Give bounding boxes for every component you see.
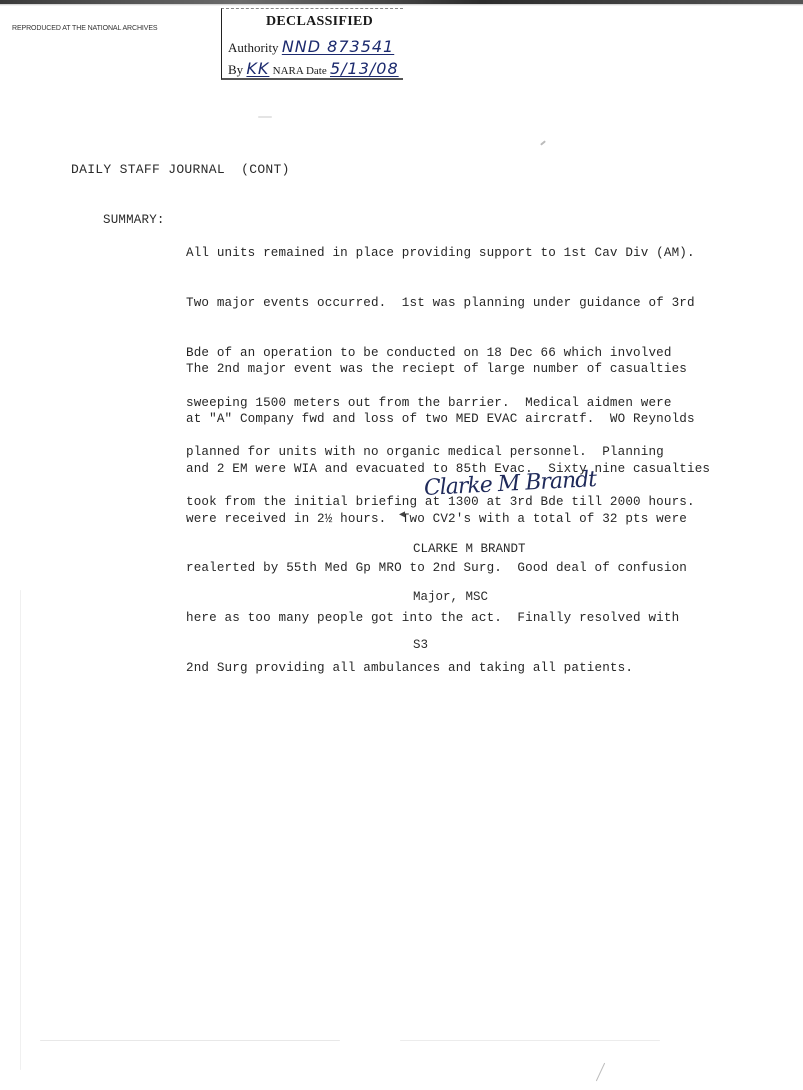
stamp-by-label: By — [228, 62, 243, 77]
archives-reproduction-note: REPRODUCED AT THE NATIONAL ARCHIVES — [12, 25, 157, 32]
stamp-by-row: By KK NARA Date 5/13/08 — [228, 59, 399, 78]
signature-block: CLARKE M BRANDT Major, MSC S3 — [413, 509, 526, 669]
stamp-title: DECLASSIFIED — [266, 14, 373, 30]
declassified-stamp: DECLASSIFIED Authority NND 873541 By KK … — [221, 8, 403, 80]
scan-top-shadow — [0, 4, 803, 6]
scan-speck — [40, 1040, 340, 1041]
paragraph-line: at "A" Company fwd and loss of two MED E… — [186, 411, 710, 428]
scan-speck — [540, 140, 546, 145]
signatory-rank: Major, MSC — [413, 589, 526, 605]
paragraph-line: Two major events occurred. 1st was plann… — [186, 295, 695, 312]
signatory-position: S3 — [413, 637, 526, 653]
scan-speck — [596, 1063, 605, 1082]
stamp-authority-label: Authority — [228, 40, 279, 55]
stamp-authority-row: Authority NND 873541 — [228, 37, 394, 56]
signatory-name: CLARKE M BRANDT — [413, 541, 526, 557]
stamp-nara-date-label: NARA Date — [273, 65, 327, 77]
scan-speck — [400, 1040, 660, 1041]
scan-speck — [20, 590, 21, 1070]
stamp-nara-date-value: 5/13/08 — [330, 59, 399, 78]
stamp-authority-value: NND 873541 — [282, 37, 394, 56]
scan-speck — [258, 116, 272, 118]
document-title: DAILY STAFF JOURNAL (CONT) — [71, 162, 290, 177]
paragraph-line: The 2nd major event was the reciept of l… — [186, 361, 710, 378]
summary-label: SUMMARY: — [103, 213, 165, 227]
signature-marker-icon: ◀ — [399, 509, 405, 521]
paragraph-line: All units remained in place providing su… — [186, 245, 695, 262]
stamp-by-value: KK — [246, 59, 269, 78]
